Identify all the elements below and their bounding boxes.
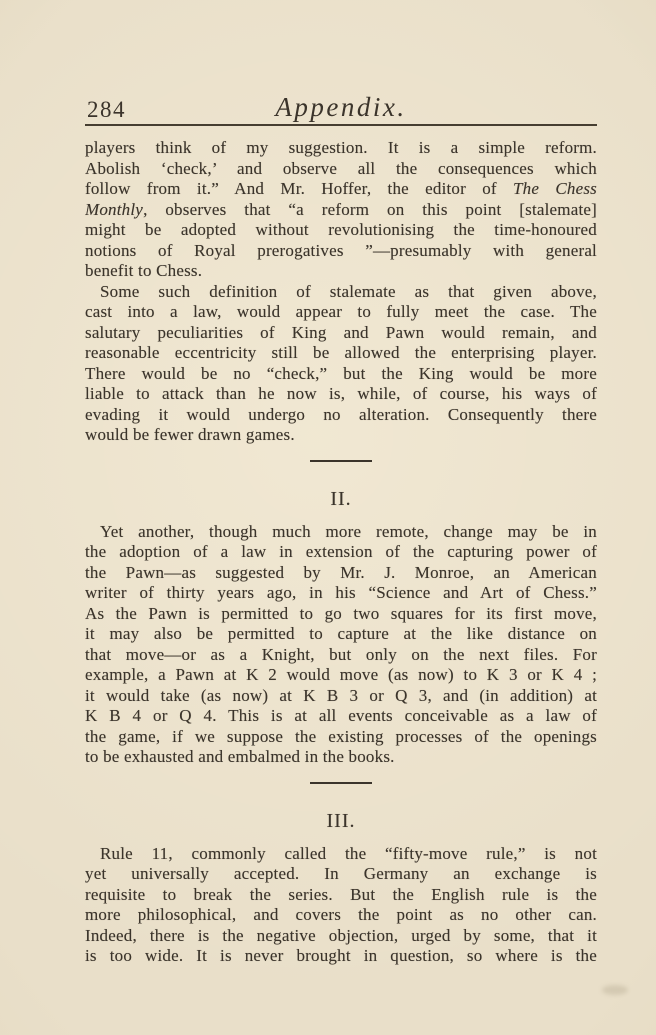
text-line: benefit to Chess. [85, 261, 597, 282]
text-line: K B 4 or Q 4. This is at all events conc… [85, 706, 597, 727]
text-line: notions of Royal prerogatives ”—presumab… [85, 241, 597, 262]
text-line: salutary peculiarities of King and Pawn … [85, 323, 597, 344]
section-divider [310, 782, 372, 784]
text-line: it may also be permitted to capture at t… [85, 624, 597, 645]
text-line: might be adopted without revolutionising… [85, 220, 597, 241]
text-line: cast into a law, would appear to fully m… [85, 302, 597, 323]
text-line: Monthly, observes that “a reform on this… [85, 200, 597, 221]
text-line: reasonable eccentricity still be allowed… [85, 343, 597, 364]
text-line: Rule 11, commonly called the “fifty-move… [85, 844, 597, 865]
text-line: it would take (as now) at K B 3 or Q 3, … [85, 686, 597, 707]
text-line: requisite to break the series. But the E… [85, 885, 597, 906]
text-line: that move—or as a Knight, but only on th… [85, 645, 597, 666]
text-line: follow from it.” And Mr. Hoffer, the edi… [85, 179, 597, 200]
text-line: the Pawn—as suggested by Mr. J. Monroe, … [85, 563, 597, 584]
text-line: is too wide. It is never brought in ques… [85, 946, 597, 967]
text-line: Yet another, though much more remote, ch… [85, 522, 597, 543]
section-heading: II. [85, 486, 597, 512]
running-title: Appendix. [85, 92, 597, 123]
text-line: Some such definition of stalemate as tha… [85, 282, 597, 303]
text-line: would be fewer drawn games. [85, 425, 597, 446]
paragraph: Yet another, though much more remote, ch… [85, 522, 597, 768]
text-line: writer of thirty years ago, in his “Scie… [85, 583, 597, 604]
text-line: the game, if we suppose the existing pro… [85, 727, 597, 748]
text-line: example, a Pawn at K 2 would move (as no… [85, 665, 597, 686]
book-page: 284 Appendix. players think of my sugges… [0, 0, 656, 1035]
text-line: the adoption of a law in extension of th… [85, 542, 597, 563]
text-line: yet universally accepted. In Germany an … [85, 864, 597, 885]
text-line: There would be no “check,” but the King … [85, 364, 597, 385]
section-heading: III. [85, 808, 597, 834]
text-line: evading it would undergo no alteration. … [85, 405, 597, 426]
text-line: Abolish ‘check,’ and observe all the con… [85, 159, 597, 180]
section-divider [310, 460, 372, 462]
page-content: 284 Appendix. players think of my sugges… [85, 0, 597, 967]
text-line: players think of my suggestion. It is a … [85, 138, 597, 159]
text-line: liable to attack than he now is, while, … [85, 384, 597, 405]
paragraph: Some such definition of stalemate as tha… [85, 282, 597, 446]
text-line: As the Pawn is permitted to go two squar… [85, 604, 597, 625]
paragraph: players think of my suggestion. It is a … [85, 138, 597, 282]
text-line: to be exhausted and embalmed in the book… [85, 747, 597, 768]
page-body: players think of my suggestion. It is a … [85, 138, 597, 967]
text-line: Indeed, there is the negative objection,… [85, 926, 597, 947]
page-header: 284 Appendix. [85, 84, 597, 126]
text-line: more philosophical, and covers the point… [85, 905, 597, 926]
paragraph: Rule 11, commonly called the “fifty-move… [85, 844, 597, 967]
paper-smudge [602, 985, 628, 995]
